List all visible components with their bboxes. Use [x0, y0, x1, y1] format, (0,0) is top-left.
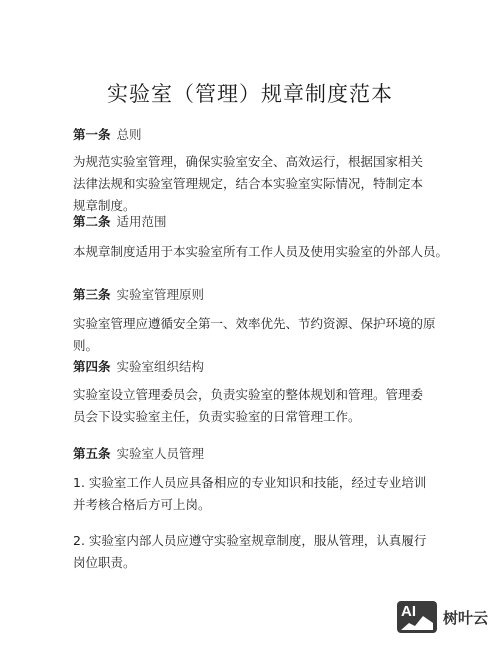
watermark-logo: AI 树叶云 [397, 601, 488, 633]
section-heading-5: 第五条实验室人员管理 [73, 444, 204, 462]
section-title: 适用范围 [117, 214, 167, 229]
section-title: 实验室管理原则 [117, 287, 205, 302]
section-number: 第五条 [73, 446, 111, 461]
section-heading-1: 第一条总则 [73, 125, 142, 143]
list-item: 1. 实验室工作人员应具备相应的专业知识和技能，经过专业培训并考核合格后方可上岗… [73, 472, 433, 516]
section-paragraph: 本规章制度适用于本实验室所有工作人员及使用实验室的外部人员。 [73, 241, 453, 263]
section-number: 第三条 [73, 287, 111, 302]
list-item: 2. 实验室内部人员应遵守实验室规章制度，服从管理，认真履行岗位职责。 [73, 530, 433, 574]
document-page: 实验室（管理）规章制度范本 第一条总则 为规范实验室管理，确保实验室安全、高效运… [0, 0, 500, 647]
section-number: 第二条 [73, 214, 111, 229]
section-heading-2: 第二条适用范围 [73, 212, 167, 230]
section-heading-4: 第四条实验室组织结构 [73, 357, 204, 375]
section-number: 第一条 [73, 127, 111, 142]
section-title: 实验室组织结构 [117, 359, 205, 374]
ai-image-icon: AI [397, 601, 437, 633]
section-number: 第四条 [73, 359, 111, 374]
section-paragraph: 为规范实验室管理，确保实验室安全、高效运行，根据国家相关法律法规和实验室管理规定… [73, 151, 433, 217]
section-paragraph: 实验室管理应遵循安全第一、效率优先、节约资源、保护环境的原则。 [73, 313, 453, 357]
section-paragraph: 实验室设立管理委员会，负责实验室的整体规划和管理。管理委员会下设实验室主任，负责… [73, 384, 433, 428]
section-title: 实验室人员管理 [117, 446, 205, 461]
section-title: 总则 [117, 127, 142, 142]
section-heading-3: 第三条实验室管理原则 [73, 285, 204, 303]
brand-name: 树叶云 [443, 607, 488, 628]
document-title: 实验室（管理）规章制度范本 [0, 78, 500, 108]
